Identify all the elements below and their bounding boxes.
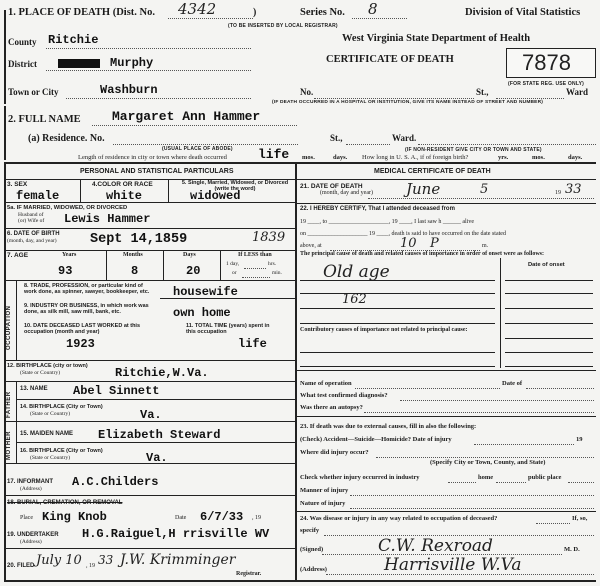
col-divider [163,250,164,280]
full-name-value: Margaret Ann Hammer [112,109,260,124]
length-days-label: days. [333,154,347,161]
cause-intro: The principal cause of death and related… [300,251,544,257]
town-label: Town or City [8,87,59,97]
rule [295,511,596,512]
sex-value: female [16,189,59,203]
min-line [242,277,270,278]
sex-label: 3. SEX [7,181,27,188]
where-label: Where did injury occur? [300,449,369,456]
birthplace-sublabel: (State or Country) [20,370,60,376]
external-label: 23. If death was due to external causes,… [300,423,476,430]
usa-label: How long in U. S. A., if of foreign birt… [362,154,468,161]
town-line [66,98,251,99]
cause-line [300,366,495,367]
father-bp-sublabel: (State or Country) [30,411,70,417]
dob-label: 6. DATE OF BIRTH [7,231,60,237]
redacted-block [58,59,100,68]
certify-label: 22. I HEREBY CERTIFY, That I attended de… [300,206,455,212]
mother-bp-sublabel: (State or Country) [30,455,70,461]
color-label: 4.COLOR OR RACE [92,181,153,188]
cause-line [300,293,495,294]
dod-year-value: 33 [565,182,582,197]
dod-label: 21. DATE OF DEATH [300,183,363,190]
spouse-value: Lewis Hammer [64,212,150,226]
ampm-value: P [430,236,439,251]
filed-year-value: 33 [98,553,113,567]
informant-label: 17. INFORMANT [7,479,53,485]
mother-bp-label: 16. BIRTHPLACE (City or Town) [20,448,103,454]
cause-line [300,308,495,309]
trade-label: 8. TRADE, PROFESSION, or particular kind… [24,283,154,295]
industry-value: own home [173,306,231,320]
rule [160,298,295,299]
dist-no-line [168,18,253,19]
onset-line [505,352,593,353]
trade-value: housewife [173,285,238,299]
dob-value: Sept 14,1859 [90,232,187,247]
no-line [314,98,474,99]
place-of-death-label: 1. PLACE OF DEATH (Dist. No. [8,7,155,18]
county-line [46,48,251,49]
no-label: No. [300,87,313,97]
certify-line-2: 19 ____, to ____________________, 19 ___… [300,219,474,225]
dod-sublabel: (month, day and year) [320,190,373,196]
total-time-value: life [238,337,267,351]
days-label: Days [183,252,196,258]
series-label: Series No. [300,7,345,18]
less-than-label: If LESS than [238,252,272,258]
day-label: 1 day, [226,261,239,267]
industry-check-label: Check whether injury occurred in industr… [300,474,419,481]
mother-name-value: Elizabeth Steward [98,428,220,442]
father-bp-value: Va. [140,408,162,422]
last-worked-value: 1923 [66,337,95,351]
physician-signature: C.W. Rexroad [378,536,493,556]
dod-line [368,198,594,199]
spouse-wife-label: (or) Wife of [18,218,44,224]
length-mos-label: mos. [302,154,315,161]
public-line [568,482,594,483]
nature-line [350,508,594,509]
spouse-label: 5a. IF MARRIED, WIDOWED, OR DIVORCED [7,205,127,211]
age-label: 7. AGE [7,252,28,259]
burial-19-label: , 19 [252,515,261,521]
col-divider [80,179,81,202]
cause-line [300,352,495,353]
onset-line [505,293,593,294]
dod-19-label: 19 [555,190,561,196]
time-value: 10 [400,236,417,251]
rule [295,203,596,204]
filed-19-label: , 19 [86,563,95,569]
rule [4,202,295,203]
undertaker-value: H.G.Raiguel,H rrisville WV [82,527,269,541]
rule [295,416,596,417]
rule [4,280,295,281]
usual-abode-note: (USUAL PLACE OF ABODE) [162,146,233,152]
burial-date-label: Date [175,515,186,521]
col-divider [106,250,107,280]
if-so-label: If, so, [572,515,587,522]
col-divider [168,179,169,202]
hospital-note: (IF DEATH OCCURRED IN A HOSPITAL OR INST… [272,100,543,105]
home-line [496,482,526,483]
cause-code-value: 162 [342,292,367,307]
outer-left-border [4,162,6,582]
nonresident-note: (IF NON-RESIDENT GIVE CITY OR TOWN AND S… [405,147,542,153]
industry-line [448,482,476,483]
left-border [4,10,6,104]
operation-line [355,388,500,389]
series-line [352,18,407,19]
usa-yrs-label: yrs. [498,154,508,161]
m-label: m. [482,243,488,249]
personal-section-title: PERSONAL AND STATISTICAL PARTICULARS [80,168,233,175]
test-label: What test confirmed diagnosis? [300,392,388,399]
above-at-label: above, at [300,243,322,249]
undertaker-address-label: (Address) [20,539,42,545]
col-divider [220,250,221,280]
onset-line [505,280,593,281]
rule [4,421,295,422]
signed-label: (Signed) [300,546,323,553]
ward-label: Ward [566,87,588,97]
burial-date-value: 6/7/33 [200,510,243,524]
series-value: 8 [368,0,378,18]
registrar-label: Registrar. [236,571,261,577]
cause-1-value: Old age [323,262,390,282]
rule [4,463,295,464]
occupation-vertical-label: OCCUPATION [6,306,12,350]
occupation-q-line [536,523,570,524]
color-value: white [106,189,142,203]
marital-value: widowed [190,189,240,203]
mother-name-label: 15. MAIDEN NAME [20,431,73,437]
bottom-rule [4,580,596,582]
section-top-rule [4,162,596,164]
hrs-label: hrs. [268,261,276,267]
rule [295,370,596,371]
where-line [376,457,594,458]
st-label: St., [476,87,489,97]
manner-line [350,495,594,496]
manner-label: Manner of injury [300,487,348,494]
father-bp-label: 14. BIRTHPLACE (City or Town) [20,404,103,410]
town-value: Washburn [100,83,158,97]
father-inner-border [16,381,17,421]
age-months-value: 8 [131,264,138,278]
hrs-line [244,268,266,269]
mother-vertical-label: MOTHER [6,431,12,460]
months-label: Months [123,252,143,258]
check-label: (Check) Accident—Suicide—Homicide? Date … [300,436,452,443]
dod-day-value: 5 [480,182,488,197]
md-label: M. D. [564,546,580,553]
onset-line [505,308,593,309]
rule [4,250,295,251]
injury-19-label: 19 [576,436,583,443]
burial-label: 18. BURIAL, CREMATION, OR REMOVAL [7,500,122,506]
rule [4,228,295,229]
onset-line [505,323,593,324]
cause-line [300,323,495,324]
onset-label: Date of onset [528,262,565,268]
to-be-inserted-note: (TO BE INSERTED BY LOCAL REGISTRAR) [228,23,338,29]
residence-ward-line [346,144,390,145]
autopsy-line [364,412,594,413]
years-label: Years [62,252,76,258]
min-label: min. [272,270,282,276]
rule [4,381,295,382]
full-name-line [92,125,297,126]
onset-line [505,338,593,339]
dist-no-value: 4342 [178,0,216,18]
onset-line [505,366,593,367]
full-name-label: 2. FULL NAME [8,114,81,125]
district-value: Murphy [110,56,153,70]
registrar-signature: J.W. Krimminger [120,552,235,568]
usa-mos-label: mos. [532,154,545,161]
operation-date-label: Date of [502,380,522,387]
operation-date-line [526,388,594,389]
dob-sublabel: (month, day, and year) [7,238,57,244]
rule [295,179,596,180]
residence-st-label: St., [330,133,343,143]
occupation-question: 24. Was disease or injury in any way rel… [300,515,497,522]
state-reg-value: 7878 [522,50,571,76]
department-label: West Virginia State Department of Health [342,33,530,44]
undertaker-label: 19. UNDERTAKER [7,532,59,538]
public-place-label: public place [528,474,561,481]
rule [16,399,295,400]
dod-month-value: June [406,180,440,198]
left-border-2 [4,106,6,160]
certificate-title: CERTIFICATE OF DEATH [326,54,454,65]
father-name-value: Abel Sinnett [73,384,159,398]
onset-divider [500,258,501,368]
father-vertical-label: FATHER [6,391,12,418]
residence-label: (a) Residence. No. [28,133,105,144]
ward-line [496,98,564,99]
burial-place-label: Place [20,515,33,521]
address-label: (Address) [300,566,327,573]
informant-address-label: (Address) [20,486,42,492]
usa-days-label: days. [568,154,582,161]
rule [4,495,295,496]
district-label: District [8,59,37,69]
residence-city-line [418,144,596,145]
rule [4,548,295,549]
filed-label: 20. FILED [7,563,34,569]
filed-date-value: July 10 [36,553,82,568]
residence-ward-label: Ward. [392,133,416,143]
nature-label: Nature of injury [300,500,345,507]
age-days-value: 20 [186,264,200,278]
center-divider [295,162,297,582]
medical-section-title: MEDICAL CERTIFICATE OF DEATH [374,168,491,175]
operation-label: Name of operation [300,380,352,387]
length-residence-value: life [258,147,289,162]
occupation-inner-border [16,280,17,360]
cause-line [300,280,495,281]
rule [4,360,295,361]
length-residence-label: Length of residence in city or town wher… [78,154,227,161]
or-label: or [232,270,237,276]
industry-label: 9. INDUSTRY OR BUSINESS, in which work w… [24,303,154,315]
injury-date-line [474,444,574,445]
dist-paren: ) [253,7,256,18]
county-label: County [8,37,37,47]
home-label: home [478,474,493,481]
test-line [400,400,594,401]
father-name-label: 13. NAME [20,386,48,392]
birthplace-value: Ritchie,W.Va. [115,366,209,380]
death-certificate: 1. PLACE OF DEATH (Dist. No. 4342 ) (TO … [0,0,600,586]
age-years-value: 93 [58,264,72,278]
specify-label: specify [300,527,319,534]
county-value: Ritchie [48,33,98,47]
contributory-label: Contributory causes of importance not re… [300,327,470,334]
informant-value: A.C.Childers [72,475,158,489]
physician-address: Harrisville W.Va [384,555,522,575]
district-line [46,70,251,71]
residence-line [113,144,298,145]
last-worked-label: 10. DATE DECEASED LAST WORKED at this oc… [24,323,154,335]
birthplace-label: 12. BIRTHPLACE (city or town) [7,363,88,369]
specify-location-label: (Specify City or Town, County, and State… [430,459,545,466]
division-label: Division of Vital Statistics [465,7,580,18]
total-time-label: 11. TOTAL TIME (years) spent in this occ… [186,323,276,335]
rule [16,442,295,443]
burial-place-value: King Knob [42,510,107,524]
autopsy-label: Was there an autopsy? [300,404,363,411]
dob-correction: 1839 [252,230,285,245]
